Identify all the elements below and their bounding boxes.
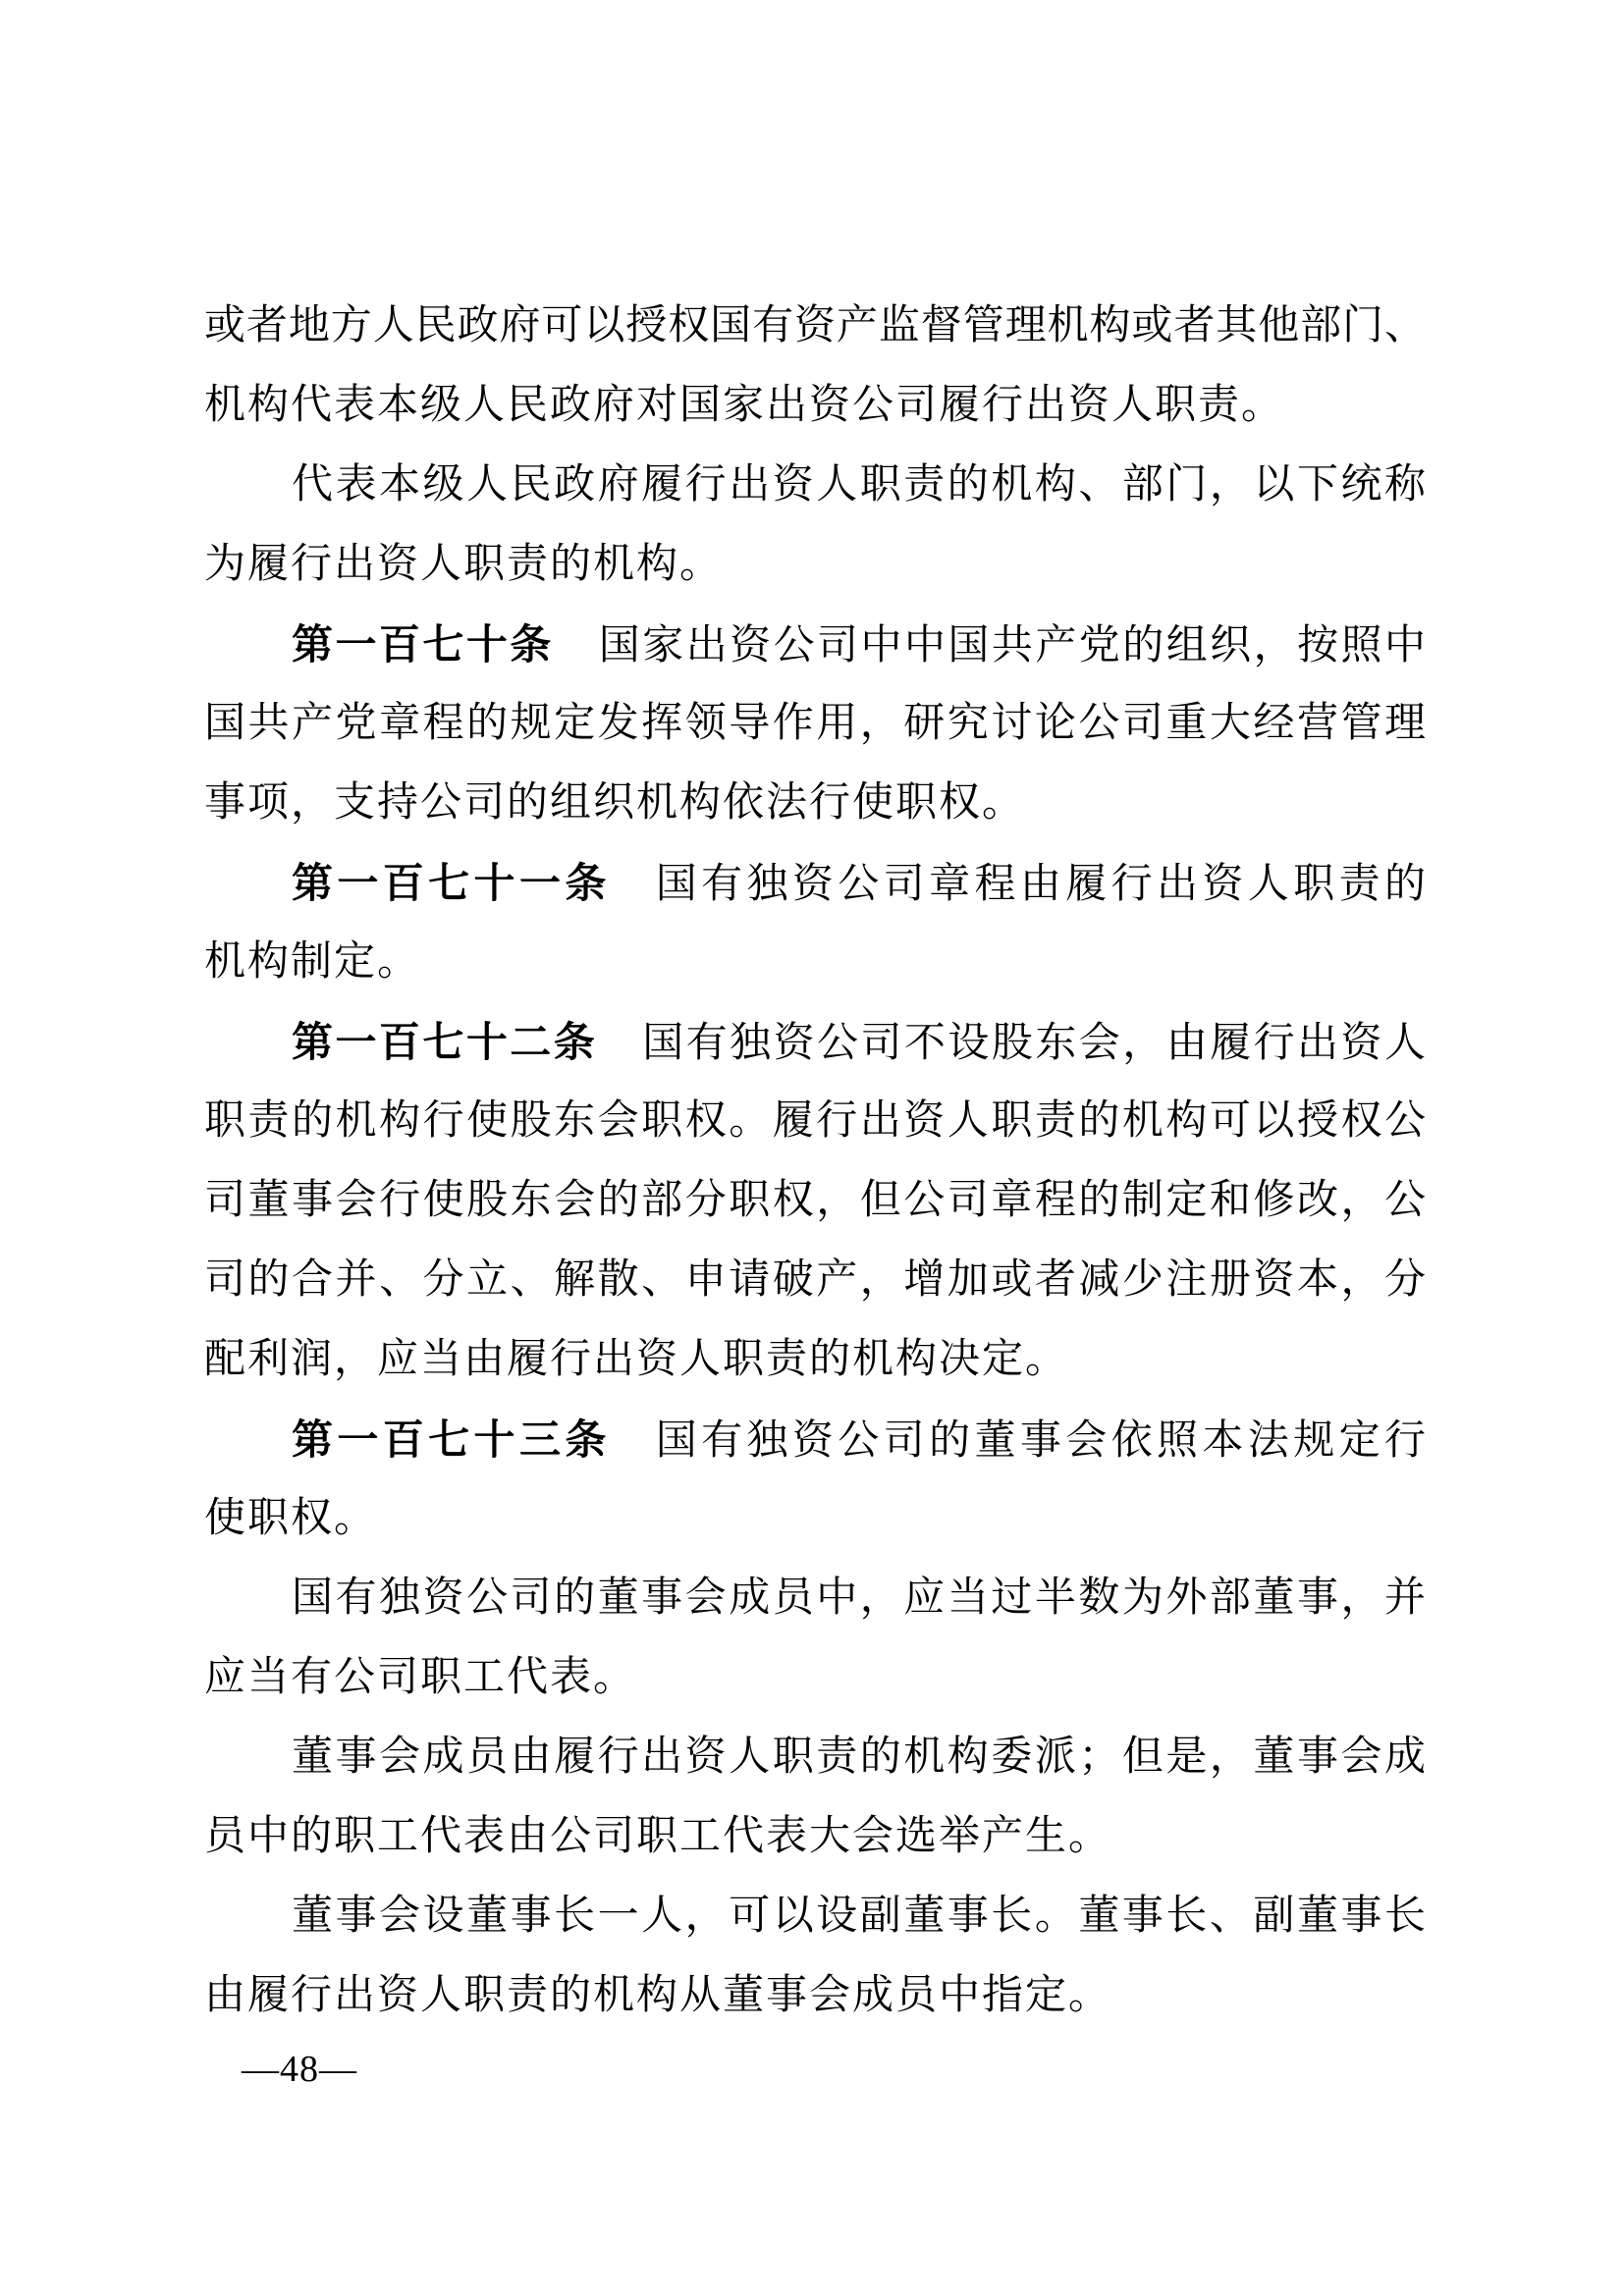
text-line: 员中的职工代表由公司职工代表大会选举产生。 bbox=[204, 1797, 1426, 1877]
text-block: 或者地方人民政府可以授权国有资产监督管理机构或者其他部门、 机构代表本级人民政府… bbox=[204, 287, 1426, 2036]
text-line: 司董事会行使股东会的部分职权，但公司章程的制定和修改，公 bbox=[204, 1161, 1426, 1241]
article-number: 第一百七十条 bbox=[292, 621, 554, 667]
text-line: 或者地方人民政府可以授权国有资产监督管理机构或者其他部门、 bbox=[204, 287, 1426, 366]
line-text: 应当有公司职工代表。 bbox=[204, 1655, 636, 1700]
line-text: 国共产党章程的规定发挥领导作用，研究讨论公司重大经营管理 bbox=[204, 701, 1426, 746]
text-line: 事项，支持公司的组织机构依法行使职权。 bbox=[204, 764, 1426, 843]
line-text: 国有独资公司的董事会成员中，应当过半数为外部董事，并 bbox=[292, 1575, 1426, 1621]
text-line: 配利润，应当由履行出资人职责的机构决定。 bbox=[204, 1320, 1426, 1400]
line-text: 国有独资公司不设股东会，由履行出资人 bbox=[642, 1021, 1426, 1066]
line-text: 由履行出资人职责的机构从董事会成员中指定。 bbox=[204, 1973, 1111, 2018]
line-text: 司董事会行使股东会的部分职权，但公司章程的制定和修改，公 bbox=[204, 1178, 1426, 1223]
text-line: 第一百七十条国家出资公司中中国共产党的组织，按照中 bbox=[204, 605, 1426, 684]
line-text: 国有独资公司的董事会依照本法规定行 bbox=[656, 1418, 1426, 1464]
line-text: 机构代表本级人民政府对国家出资公司履行出资人职责。 bbox=[204, 383, 1284, 428]
text-line: 司的合并、分立、解散、申请破产，增加或者减少注册资本，分 bbox=[204, 1241, 1426, 1320]
line-text: 董事会成员由履行出资人职责的机构委派；但是，董事会成 bbox=[292, 1735, 1426, 1780]
line-text: 国有独资公司章程由履行出资人职责的 bbox=[656, 862, 1426, 907]
line-text: 机构制定。 bbox=[204, 939, 420, 985]
line-text: 司的合并、分立、解散、申请破产，增加或者减少注册资本，分 bbox=[204, 1257, 1426, 1303]
text-line: 由履行出资人职责的机构从董事会成员中指定。 bbox=[204, 1956, 1426, 2036]
line-text: 或者地方人民政府可以授权国有资产监督管理机构或者其他部门、 bbox=[204, 303, 1426, 348]
text-line: 应当有公司职工代表。 bbox=[204, 1638, 1426, 1718]
text-line: 董事会成员由履行出资人职责的机构委派；但是，董事会成 bbox=[204, 1718, 1426, 1797]
text-line: 为履行出资人职责的机构。 bbox=[204, 525, 1426, 605]
article-number: 第一百七十三条 bbox=[292, 1416, 611, 1463]
text-line: 第一百七十一条国有独资公司章程由履行出资人职责的 bbox=[204, 843, 1426, 923]
line-text: 为履行出资人职责的机构。 bbox=[204, 542, 723, 587]
line-text: 代表本级人民政府履行出资人职责的机构、部门，以下统称 bbox=[292, 462, 1426, 507]
text-line: 机构代表本级人民政府对国家出资公司履行出资人职责。 bbox=[204, 366, 1426, 446]
text-line: 国有独资公司的董事会成员中，应当过半数为外部董事，并 bbox=[204, 1559, 1426, 1638]
line-text: 事项，支持公司的组织机构依法行使职权。 bbox=[204, 780, 1025, 826]
text-line: 第一百七十二条国有独资公司不设股东会，由履行出资人 bbox=[204, 1002, 1426, 1082]
line-text: 使职权。 bbox=[204, 1496, 377, 1541]
line-text: 配利润，应当由履行出资人职责的机构决定。 bbox=[204, 1337, 1068, 1382]
document-page: 或者地方人民政府可以授权国有资产监督管理机构或者其他部门、 机构代表本级人民政府… bbox=[0, 0, 1624, 2296]
text-line: 机构制定。 bbox=[204, 923, 1426, 1002]
text-line: 使职权。 bbox=[204, 1479, 1426, 1559]
line-text: 职责的机构行使股东会职权。履行出资人职责的机构可以授权公 bbox=[204, 1098, 1426, 1144]
line-text: 国家出资公司中中国共产党的组织，按照中 bbox=[599, 623, 1426, 668]
text-line: 第一百七十三条国有独资公司的董事会依照本法规定行 bbox=[204, 1400, 1426, 1479]
article-number: 第一百七十一条 bbox=[292, 860, 611, 906]
line-text: 董事会设董事长一人，可以设副董事长。董事长、副董事长 bbox=[292, 1894, 1426, 1939]
text-line: 董事会设董事长一人，可以设副董事长。董事长、副董事长 bbox=[204, 1877, 1426, 1956]
article-number: 第一百七十二条 bbox=[292, 1019, 597, 1065]
text-line: 国共产党章程的规定发挥领导作用，研究讨论公司重大经营管理 bbox=[204, 684, 1426, 764]
text-line: 职责的机构行使股东会职权。履行出资人职责的机构可以授权公 bbox=[204, 1082, 1426, 1161]
page-number: —48— bbox=[242, 2048, 357, 2091]
line-text: 员中的职工代表由公司职工代表大会选举产生。 bbox=[204, 1814, 1111, 1859]
text-line: 代表本级人民政府履行出资人职责的机构、部门，以下统称 bbox=[204, 446, 1426, 525]
